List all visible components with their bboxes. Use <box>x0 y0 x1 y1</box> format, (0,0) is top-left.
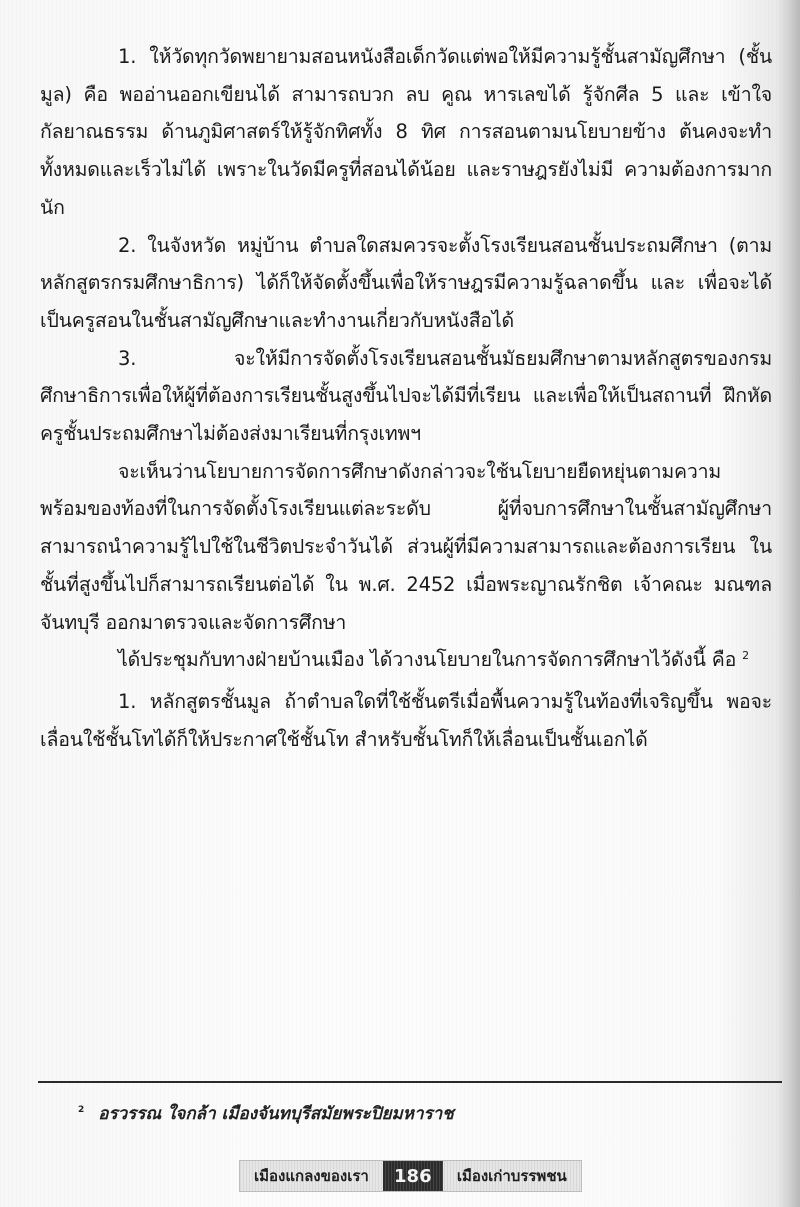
line: สามารถนำความรู้ไปใช้ในชีวิตประจำวันได้ ส… <box>40 535 750 558</box>
footnote: 2อรวรรณ ใจกล้า เมืองจันทบุรีสมัยพระปิยมห… <box>78 1100 454 1127</box>
footnote-reference[interactable]: 2 <box>742 649 749 662</box>
line: 1. หลักสูตรชั้นมูล ถ้าตำบลใดที่ใช้ชั้นตร… <box>118 690 726 713</box>
paragraph-policy-1: 1. ให้วัดทุกวัดพยายามสอนหนังสือเด็กวัดแต… <box>40 38 772 227</box>
line: จะเห็นว่านโยบายการจัดการศึกษาดังกล่าวจะใ… <box>118 460 721 483</box>
line: 2. ในจังหวัด หมู่บ้าน ตำบลใดสมควรจะตั้งโ… <box>118 234 729 257</box>
line: 3. จะให้มีการจัดตั้งโรงเรียนสอนชั้นมัธยม… <box>118 347 772 370</box>
footnote-number: 2 <box>78 1105 84 1115</box>
line: พร้อมของท้องที่ในการจัดตั้งโรงเรียนแต่ละ… <box>40 497 772 520</box>
paragraph-policy-3: 3. จะให้มีการจัดตั้งโรงเรียนสอนชั้นมัธยม… <box>40 340 772 453</box>
page-spine-shadow <box>778 0 800 1207</box>
book-page: 1. ให้วัดทุกวัดพยายามสอนหนังสือเด็กวัดแต… <box>0 0 800 1207</box>
paragraph-meeting: ได้ประชุมกับทางฝ่ายบ้านเมือง ได้วางนโยบา… <box>40 641 772 679</box>
paragraph-summary: จะเห็นว่านโยบายการจัดการศึกษาดังกล่าวจะใ… <box>40 453 772 642</box>
page-number: 186 <box>383 1161 443 1191</box>
line: คือ <box>712 648 736 671</box>
body-text: 1. ให้วัดทุกวัดพยายามสอนหนังสือเด็กวัดแต… <box>40 38 772 758</box>
footnote-text: อรวรรณ ใจกล้า เมืองจันทบุรีสมัยพระปิยมหา… <box>98 1104 453 1124</box>
footer-book-title: เมืองแกลงของเรา <box>240 1161 383 1191</box>
line: ศึกษาธิการเพื่อให้ผู้ที่ต้องการเรียนชั้น… <box>40 384 724 407</box>
paragraph-curriculum-1: 1. หลักสูตรชั้นมูล ถ้าตำบลใดที่ใช้ชั้นตร… <box>40 683 772 758</box>
paragraph-policy-2: 2. ในจังหวัด หมู่บ้าน ตำบลใดสมควรจะตั้งโ… <box>40 227 772 340</box>
footnote-divider <box>38 1081 782 1083</box>
line: ได้ประชุมกับทางฝ่ายบ้านเมือง ได้วางนโยบา… <box>118 648 712 671</box>
footer-section-title: เมืองเก่าบรรพชน <box>443 1161 581 1191</box>
page-footer: เมืองแกลงของเรา 186 เมืองเก่าบรรพชน <box>239 1160 582 1192</box>
line: 1. ให้วัดทุกวัดพยายามสอนหนังสือเด็กวัดแต… <box>118 45 738 68</box>
